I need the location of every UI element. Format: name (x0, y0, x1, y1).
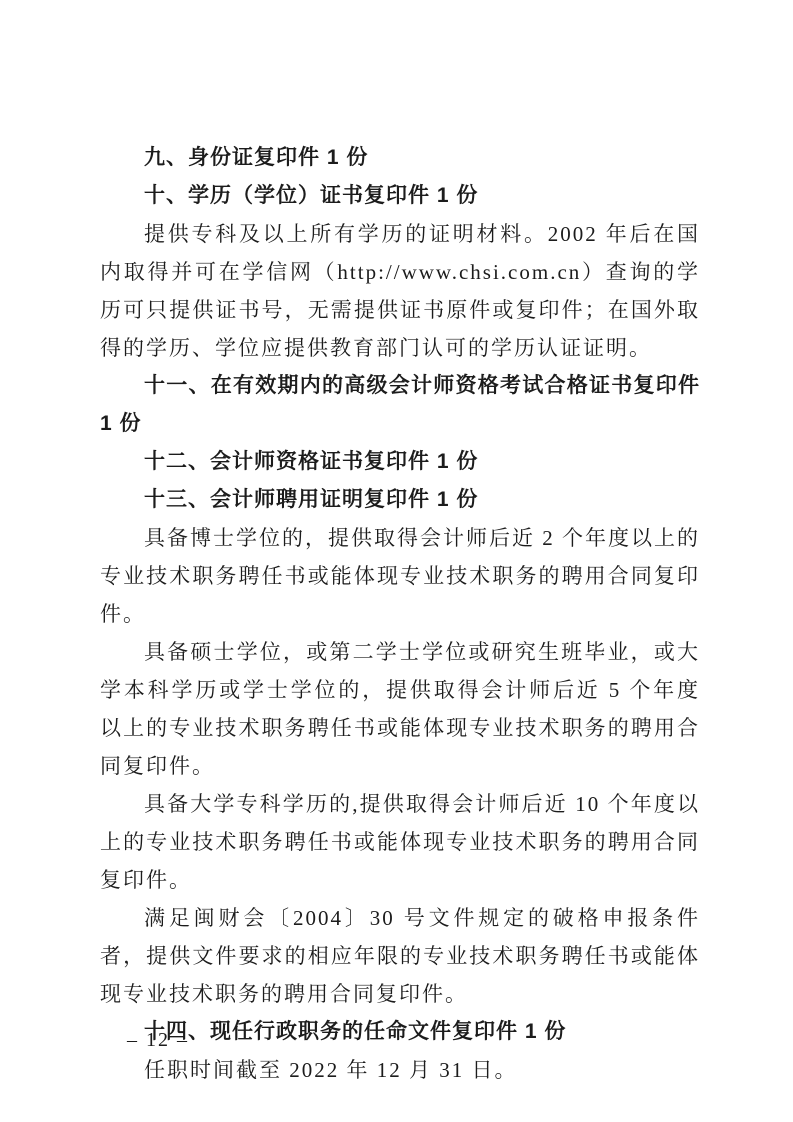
paragraph-exception: 满足闽财会〔2004〕30 号文件规定的破格申报条件者，提供文件要求的相应年限的… (100, 899, 700, 1013)
document-body: 九、身份证复印件 1 份 十、学历（学位）证书复印件 1 份 提供专科及以上所有… (100, 139, 700, 1089)
paragraph-education: 提供专科及以上所有学历的证明材料。2002 年后在国内取得并可在学信网（http… (100, 215, 700, 367)
page-number: – 12 – (127, 1028, 189, 1052)
section-heading-14: 十四、现任行政职务的任命文件复印件 1 份 (100, 1013, 700, 1051)
paragraph-masters: 具备硕士学位，或第二学士学位或研究生班毕业，或大学本科学历或学士学位的，提供取得… (100, 633, 700, 785)
section-heading-11: 十一、在有效期内的高级会计师资格考试合格证书复印件 1 份 (100, 367, 700, 443)
section-heading-12: 十二、会计师资格证书复印件 1 份 (100, 443, 700, 481)
document-page: 九、身份证复印件 1 份 十、学历（学位）证书复印件 1 份 提供专科及以上所有… (0, 0, 793, 1122)
section-heading-9: 九、身份证复印件 1 份 (100, 139, 700, 177)
paragraph-tenure-date: 任职时间截至 2022 年 12 月 31 日。 (100, 1051, 700, 1089)
section-heading-13: 十三、会计师聘用证明复印件 1 份 (100, 481, 700, 519)
paragraph-doctoral: 具备博士学位的，提供取得会计师后近 2 个年度以上的专业技术职务聘任书或能体现专… (100, 519, 700, 633)
paragraph-associate: 具备大学专科学历的,提供取得会计师后近 10 个年度以上的专业技术职务聘任书或能… (100, 785, 700, 899)
section-heading-10: 十、学历（学位）证书复印件 1 份 (100, 177, 700, 215)
